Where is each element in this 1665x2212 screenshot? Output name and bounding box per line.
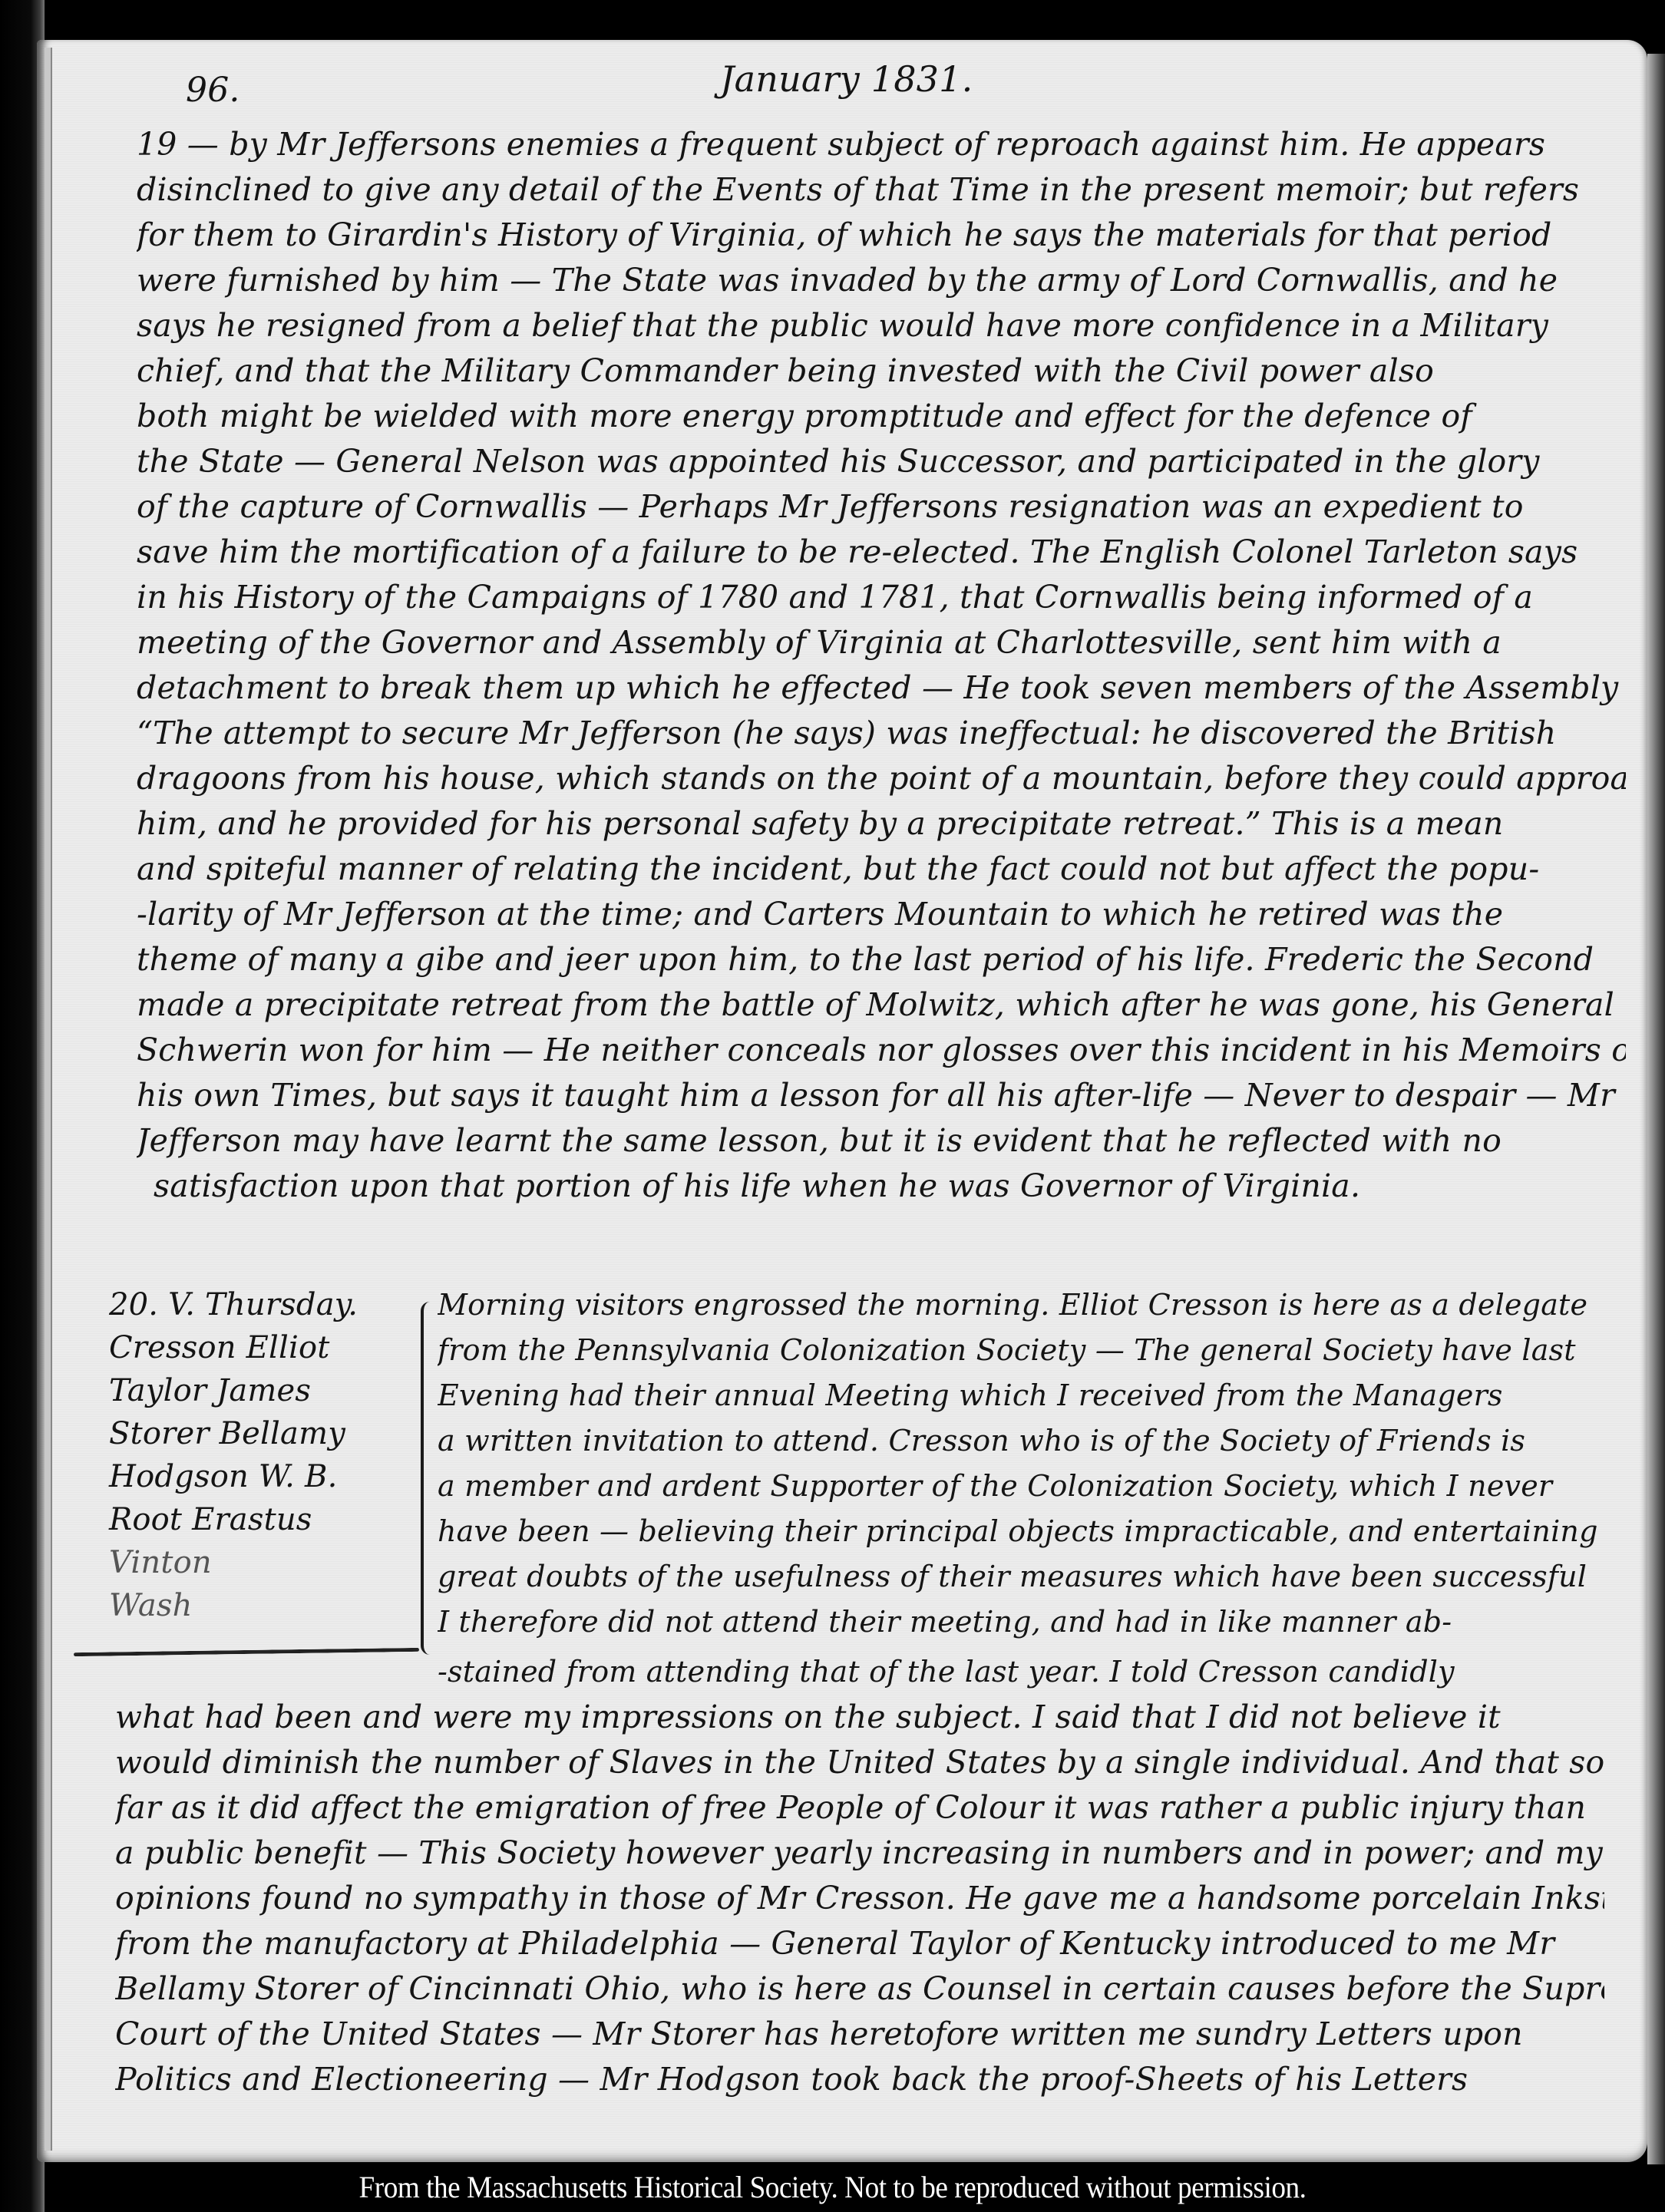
text-line: -stained from attending that of the last… bbox=[438, 1650, 1635, 1693]
text-line: Schwerin won for him — He neither concea… bbox=[137, 1028, 1626, 1071]
text-line: far as it did affect the emigration of f… bbox=[115, 1786, 1604, 1829]
text-line: “The attempt to secure Mr Jefferson (he … bbox=[137, 711, 1626, 754]
text-line: meeting of the Governor and Assembly of … bbox=[137, 621, 1626, 664]
page-number: 96. bbox=[186, 71, 240, 110]
text-line: detachment to break them up which he eff… bbox=[137, 666, 1626, 709]
text-line: disinclined to give any detail of the Ev… bbox=[137, 168, 1626, 211]
text-line: opinions found no sympathy in those of M… bbox=[115, 1877, 1604, 1920]
text-line: theme of many a gibe and jeer upon him, … bbox=[137, 938, 1626, 981]
text-line: and spiteful manner of relating the inci… bbox=[137, 847, 1626, 890]
visitor-name: Wash bbox=[109, 1584, 358, 1627]
text-line: his own Times, but says it taught him a … bbox=[137, 1074, 1626, 1117]
page-edge-right bbox=[1647, 54, 1665, 2164]
text-line: were furnished by him — The State was in… bbox=[137, 259, 1626, 302]
text-line: Bellamy Storer of Cincinnati Ohio, who i… bbox=[115, 1967, 1604, 2010]
text-line: a member and ardent Supporter of the Col… bbox=[438, 1464, 1635, 1507]
visitor-name: Cresson Elliot bbox=[109, 1326, 358, 1369]
visitor-list: 20. V. Thursday. Cresson Elliot Taylor J… bbox=[109, 1283, 358, 1627]
text-line: save him the mortification of a failure … bbox=[137, 530, 1626, 573]
text-line: 19 — by Mr Jeffersons enemies a frequent… bbox=[137, 123, 1626, 166]
text-line: for them to Girardin's History of Virgin… bbox=[137, 213, 1626, 256]
text-line: a written invitation to attend. Cresson … bbox=[438, 1419, 1635, 1462]
visitor-name: Storer Bellamy bbox=[109, 1412, 358, 1455]
text-line: what had been and were my impressions on… bbox=[115, 1695, 1604, 1738]
text-line: both might be wielded with more energy p… bbox=[137, 395, 1626, 437]
visitor-name: Root Erastus bbox=[109, 1498, 358, 1541]
margin-bracket bbox=[421, 1302, 434, 1655]
text-line: chief, and that the Military Commander b… bbox=[137, 349, 1626, 392]
text-line: dragoons from his house, which stands on… bbox=[137, 757, 1626, 800]
text-line: satisfaction upon that portion of his li… bbox=[154, 1164, 1643, 1207]
visitor-name: Hodgson W. B. bbox=[109, 1455, 358, 1498]
text-line: Evening had their annual Meeting which I… bbox=[438, 1374, 1635, 1417]
text-line: Court of the United States — Mr Storer h… bbox=[115, 2012, 1604, 2055]
text-line: from the Pennsylvania Colonization Socie… bbox=[438, 1329, 1635, 1372]
text-line: of the capture of Cornwallis — Perhaps M… bbox=[137, 485, 1626, 528]
text-line: from the manufactory at Philadelphia — G… bbox=[115, 1922, 1604, 1965]
text-line: Politics and Electioneering — Mr Hodgson… bbox=[115, 2058, 1604, 2101]
text-line: would diminish the number of Slaves in t… bbox=[115, 1741, 1604, 1784]
text-line: the State — General Nelson was appointed… bbox=[137, 440, 1626, 483]
text-line: him, and he provided for his personal sa… bbox=[137, 802, 1626, 845]
text-line: a public benefit — This Society however … bbox=[115, 1831, 1604, 1874]
text-line: Jefferson may have learnt the same lesso… bbox=[137, 1119, 1626, 1162]
visitor-name: Taylor James bbox=[109, 1369, 358, 1412]
text-line: -larity of Mr Jefferson at the time; and… bbox=[137, 893, 1626, 936]
copyright-caption: From the Massachusetts Historical Societ… bbox=[58, 2163, 1607, 2212]
text-line: I therefore did not attend their meeting… bbox=[438, 1600, 1635, 1643]
page-gutter bbox=[45, 48, 52, 2151]
text-line: in his History of the Campaigns of 1780 … bbox=[137, 576, 1626, 619]
page-date-heading: January 1831. bbox=[720, 58, 973, 100]
visitor-name: Vinton bbox=[109, 1541, 358, 1584]
text-line: Morning visitors engrossed the morning. … bbox=[438, 1283, 1635, 1326]
text-line: made a precipitate retreat from the batt… bbox=[137, 983, 1626, 1026]
text-line: have been — believing their principal ob… bbox=[438, 1510, 1635, 1553]
text-line: says he resigned from a belief that the … bbox=[137, 304, 1626, 347]
text-line: great doubts of the usefulness of their … bbox=[438, 1555, 1635, 1598]
entry-date-label: 20. V. Thursday. bbox=[109, 1283, 358, 1326]
